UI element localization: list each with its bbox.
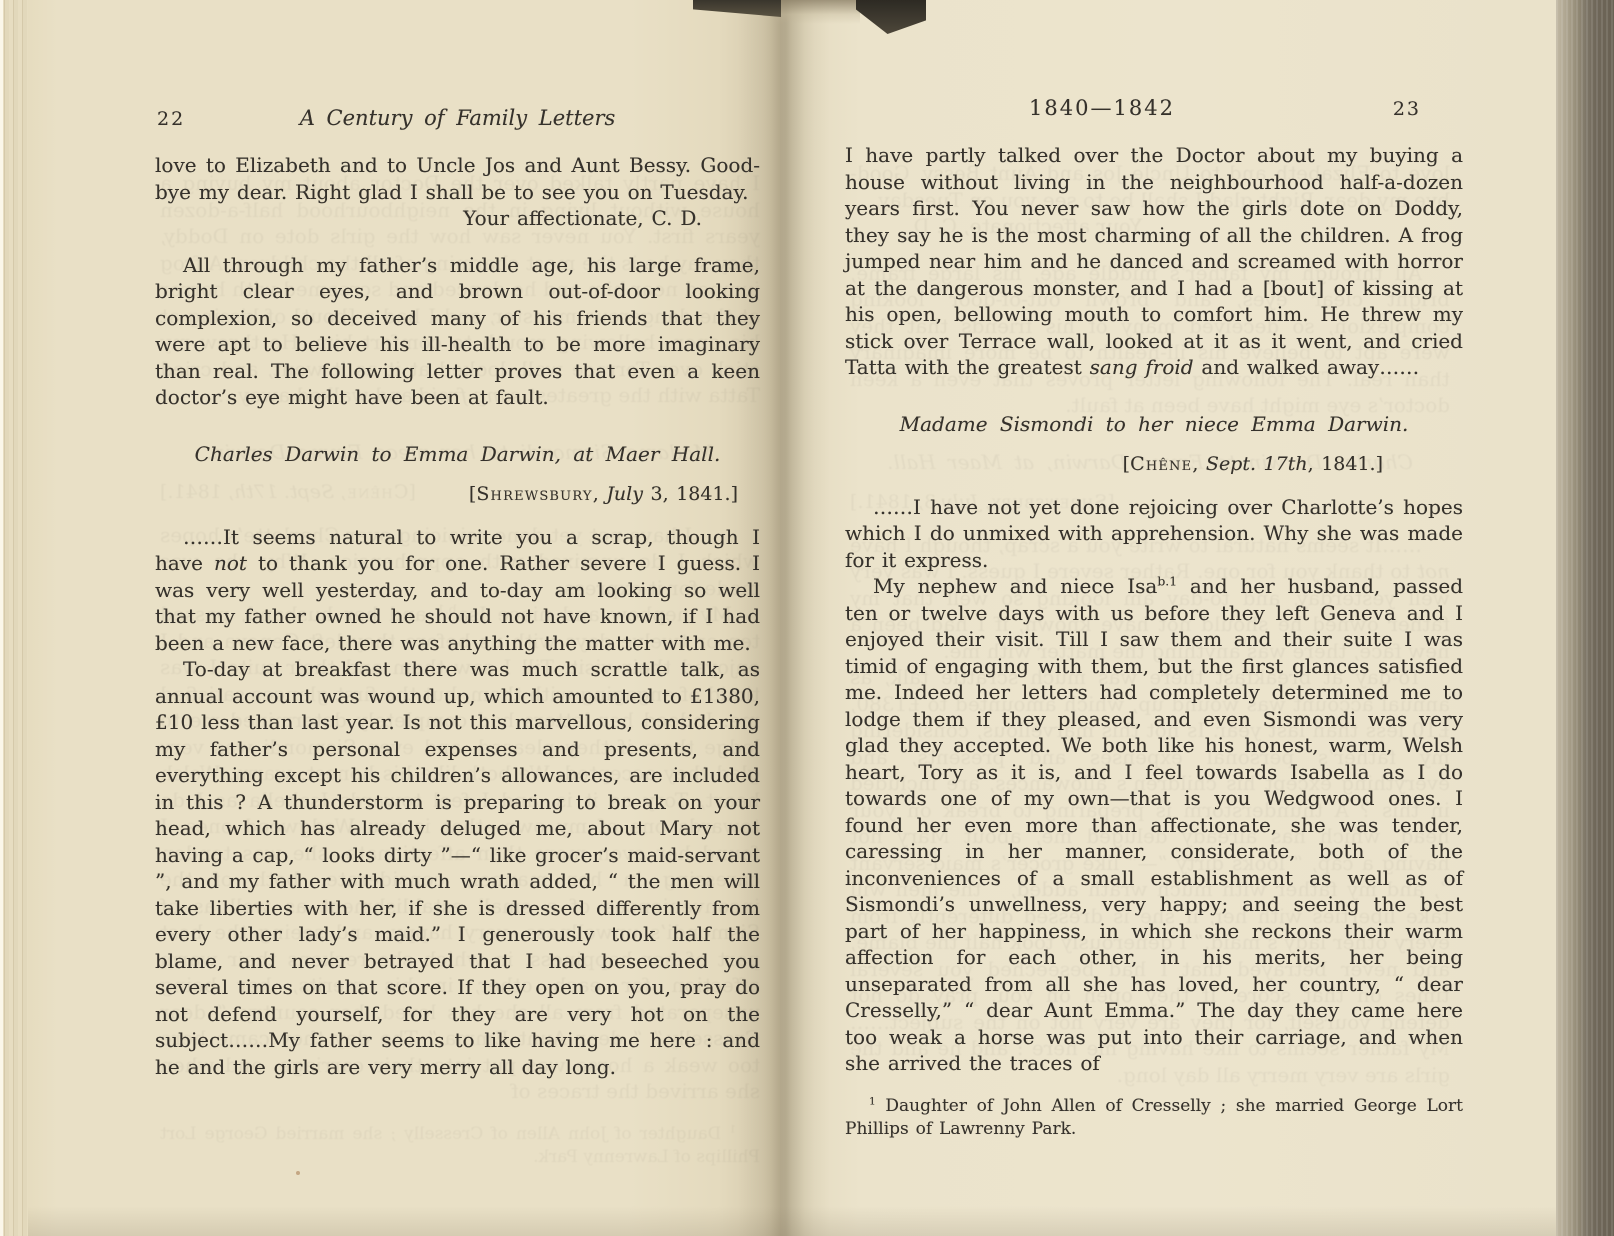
left-running-head: 22 A Century of Family Letters [155, 105, 760, 132]
right-page-number: 23 [1393, 96, 1421, 123]
letter-paragraph: ……It seems natural to write you a scrap,… [155, 524, 760, 657]
book-spread-photo: I have partly talked over the Doctor abo… [0, 0, 1614, 1236]
left-page-number: 22 [157, 106, 185, 133]
left-page-text: 22 A Century of Family Letters love to E… [155, 105, 760, 1080]
right-page-edges [1556, 0, 1614, 1236]
letter-closing-paragraph: love to Elizabeth and to Uncle Jos and A… [155, 152, 760, 205]
editorial-paragraph: All through my father’s middle age, his … [155, 252, 760, 411]
letter-dateline: [Shrewsbury, July 3, 1841.] [155, 481, 760, 508]
right-page-text: 1840—1842 23 I have partly talked over t… [845, 95, 1463, 1141]
letter-paragraph: I have partly talked over the Doctor abo… [845, 142, 1463, 381]
letter-heading: Madame Sismondi to her niece Emma Darwin… [845, 411, 1463, 438]
letter-heading: Charles Darwin to Emma Darwin, at Maer H… [155, 441, 760, 468]
letter-paragraph: To-day at breakfast there was much scrat… [155, 656, 760, 1080]
letter-paragraph: ……I have not yet done rejoicing over Cha… [845, 494, 1463, 574]
paper-speck [296, 1171, 300, 1175]
footnote: 1 Daughter of John Allen of Cresselly ; … [845, 1095, 1463, 1141]
letter-paragraph: My nephew and niece Isab.1 and her husba… [845, 573, 1463, 1077]
right-running-head: 1840—1842 23 [845, 95, 1463, 122]
left-running-title: A Century of Family Letters [155, 105, 760, 132]
left-page-edges [0, 0, 28, 1236]
letter-dateline: [Chêne, Sept. 17th, 1841.] [845, 451, 1463, 478]
right-running-title: 1840—1842 [793, 95, 1411, 122]
letter-signature: Your affectionate, C. D. [155, 205, 760, 232]
